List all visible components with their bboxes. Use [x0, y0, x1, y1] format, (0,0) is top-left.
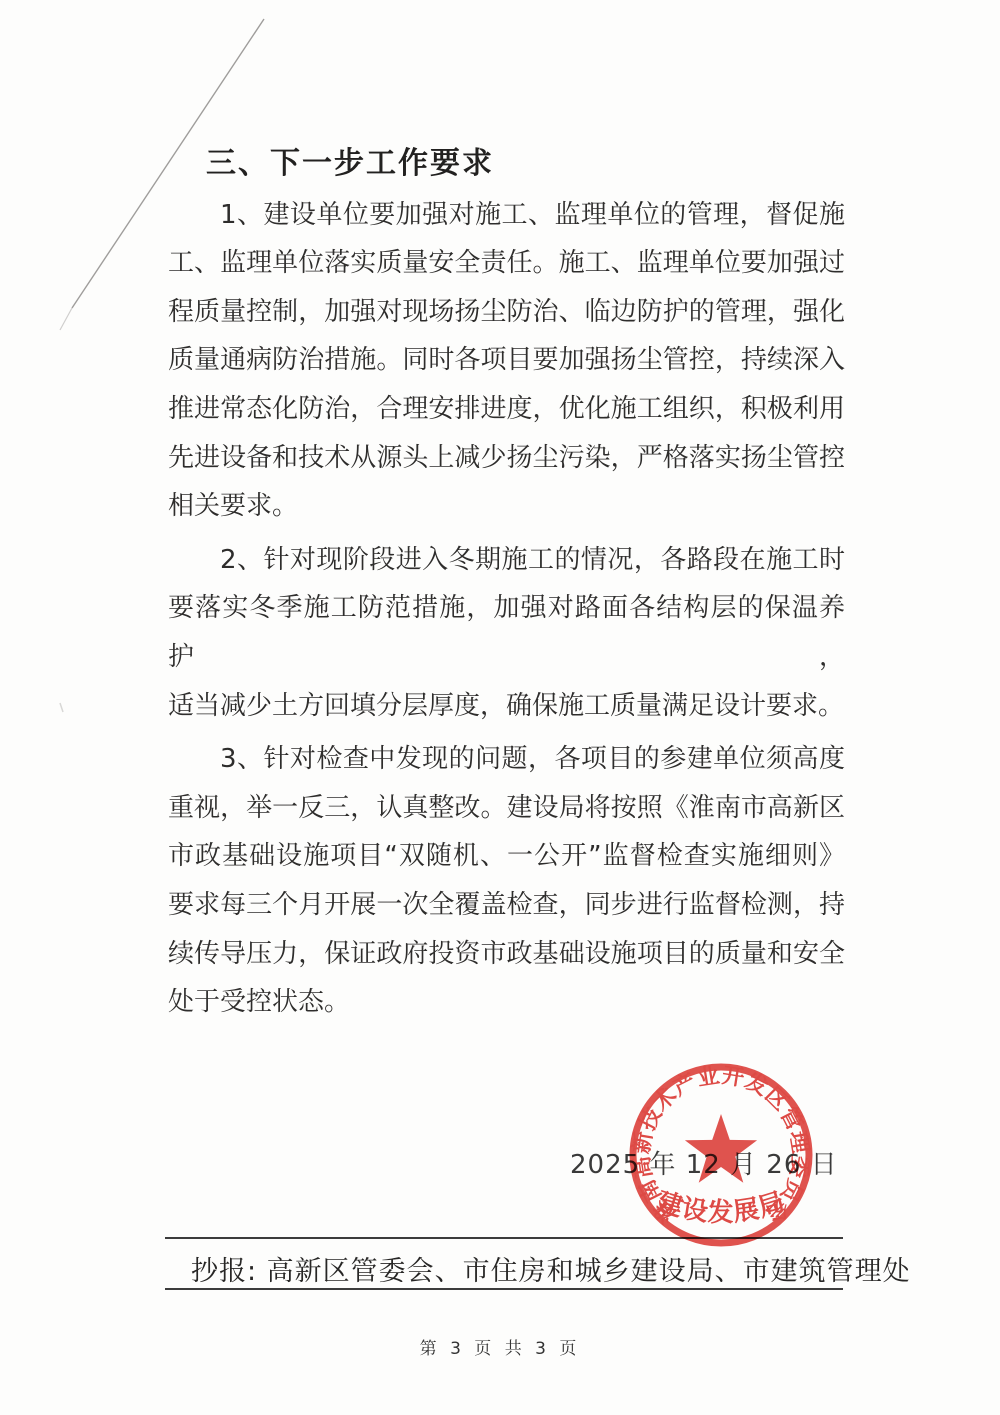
document-body: 1、建设单位要加强对施工、监理单位的管理，督促施工、监理单位落实质量安全责任。施… — [168, 191, 845, 1027]
paragraph-line: 适当减少土方回填分层厚度，确保施工质量满足设计要求。 — [168, 682, 845, 731]
document-page: 三、下一步工作要求 1、建设单位要加强对施工、监理单位的管理，督促施工、监理单位… — [0, 0, 1000, 1415]
paragraph-line: 质量通病防治措施。同时各项目要加强扬尘管控，持续深入 — [168, 336, 845, 385]
paragraph: 3、针对检查中发现的问题，各项目的参建单位须高度重视，举一反三，认真整改。建设局… — [168, 735, 845, 1027]
paragraph-line: 要求每三个月开展一次全覆盖检查，同步进行监督检测，持 — [168, 881, 845, 930]
paragraph-line: 要落实冬季施工防范措施，加强对路面各结构层的保温养护， — [168, 584, 845, 681]
paragraph-line: 2、针对现阶段进入冬期施工的情况，各路段在施工时 — [168, 536, 845, 585]
paragraph-line: 1、建设单位要加强对施工、监理单位的管理，督促施 — [168, 191, 845, 240]
paragraph-line: 3、针对检查中发现的问题，各项目的参建单位须高度 — [168, 735, 845, 784]
paragraph-line: 先进设备和技术从源头上减少扬尘污染，严格落实扬尘管控 — [168, 434, 845, 483]
svg-text:建设发展局: 建设发展局 — [653, 1187, 789, 1228]
page-number: 第 3 页 共 3 页 — [0, 1334, 1000, 1359]
document-text-block: 三、下一步工作要求 1、建设单位要加强对施工、监理单位的管理，督促施工、监理单位… — [168, 140, 845, 1027]
paragraph-line: 市政基础设施项目“双随机、一公开”监督检查实施细则》 — [168, 832, 845, 881]
paragraph-line: 重视，举一反三，认真整改。建设局将按照《淮南市高新区 — [168, 784, 845, 833]
paragraph: 1、建设单位要加强对施工、监理单位的管理，督促施工、监理单位落实质量安全责任。施… — [168, 191, 845, 531]
paragraph-line: 相关要求。 — [168, 482, 845, 531]
seal-star-icon — [685, 1114, 757, 1183]
paragraph-line: 推进常态化防治，合理安排进度，优化施工组织，积极利用 — [168, 385, 845, 434]
paragraph-line: 处于受控状态。 — [168, 978, 845, 1027]
paragraph-line: 工、监理单位落实质量安全责任。施工、监理单位要加强过 — [168, 239, 845, 288]
official-seal-icon: 淮南高新技术产业开发区管理委员会 建设发展局 — [621, 1055, 821, 1255]
section-heading: 三、下一步工作要求 — [206, 140, 845, 189]
paragraph-line: 程质量控制，加强对现场扬尘防治、临边防护的管理，强化 — [168, 288, 845, 337]
paragraph: 2、针对现阶段进入冬期施工的情况，各路段在施工时要落实冬季施工防范措施，加强对路… — [168, 536, 845, 730]
seal-bottom-text: 建设发展局 — [653, 1187, 789, 1228]
cc-rule-bottom — [165, 1288, 843, 1290]
paragraph-line: 续传导压力，保证政府投资市政基础设施项目的质量和安全 — [168, 930, 845, 979]
